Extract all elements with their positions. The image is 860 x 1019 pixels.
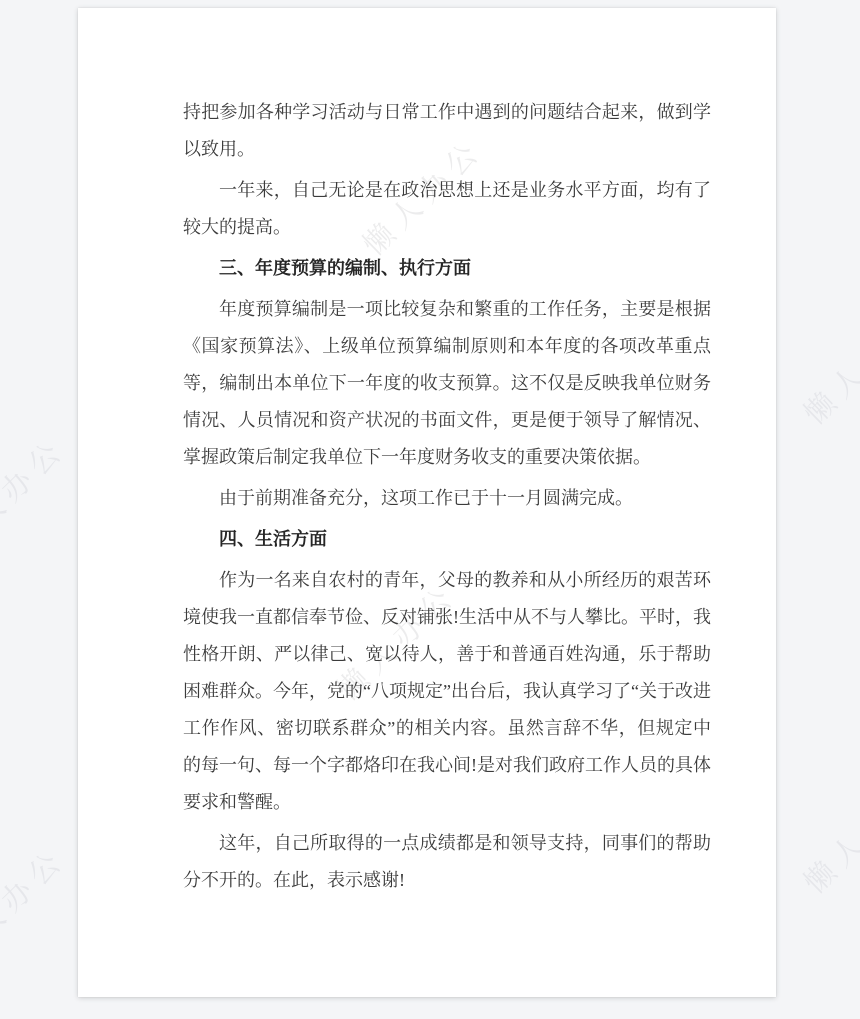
paragraph-life-detail: 作为一名来自农村的青年，父母的教养和从小所经历的艰苦环境使我一直都信奉节俭、反对… (183, 562, 711, 821)
background-watermark: 懒人办公 (792, 295, 860, 432)
paragraph-thanks: 这年，自己所取得的一点成绩都是和领导支持，同事们的帮助分不开的。在此，表示感谢! (183, 825, 711, 899)
document-content: 持把参加各种学习活动与日常工作中遇到的问题结合起来，做到学以致用。 一年来，自己… (183, 94, 711, 899)
paragraph-budget-completion: 由于前期准备充分，这项工作已于十一月圆满完成。 (183, 480, 711, 517)
section-heading-budget: 三、年度预算的编制、执行方面 (183, 250, 711, 287)
document-page: 懒人办公 懒人办公 持把参加各种学习活动与日常工作中遇到的问题结合起来，做到学以… (78, 8, 776, 997)
paragraph-continuation: 持把参加各种学习活动与日常工作中遇到的问题结合起来，做到学以致用。 (183, 94, 711, 168)
paragraph-budget-detail: 年度预算编制是一项比较复杂和繁重的工作任务，主要是根据《国家预算法》、上级单位预… (183, 291, 711, 476)
background-watermark: 懒人办公 (0, 425, 74, 562)
app-background: 懒人办公 懒人办公 懒人办公 懒人办公 懒人办公 懒人办公 持把参加各种学习活动… (0, 0, 860, 1019)
section-heading-life: 四、生活方面 (183, 521, 711, 558)
background-watermark: 懒人办公 (0, 835, 74, 972)
paragraph-yearly-progress: 一年来，自己无论是在政治思想上还是业务水平方面，均有了较大的提高。 (183, 172, 711, 246)
background-watermark: 懒人办公 (792, 764, 860, 901)
